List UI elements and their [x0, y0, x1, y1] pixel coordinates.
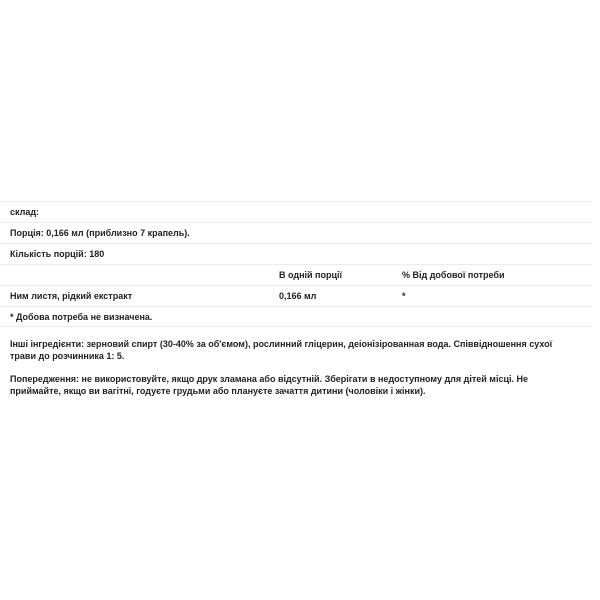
warning-text: Попередження: не використовуйте, якщо др… [10, 373, 575, 397]
daily-value-footnote: * Добова потреба не визначена. [10, 307, 152, 327]
table-header-row: В одній порції % Від добової потреби [0, 264, 592, 285]
other-ingredients-text: Інші інгредієнти: зерновий спирт (30-40%… [10, 338, 575, 362]
ingredient-per-serving: 0,166 мл [279, 286, 316, 306]
column-header-daily-value: % Від добової потреби [402, 265, 505, 285]
column-header-per-serving: В одній порції [279, 265, 342, 285]
supplement-facts-table: склад: Порція: 0,166 мл (приблизно 7 кра… [0, 201, 592, 327]
servings-per-container-row: Кількість порцій: 180 [0, 243, 592, 264]
footnote-row: * Добова потреба не визначена. [0, 306, 592, 327]
servings-per-container: Кількість порцій: 180 [10, 244, 104, 264]
ingredient-name: Ним листя, рідкий екстракт [10, 286, 132, 306]
serving-size-row: Порція: 0,166 мл (приблизно 7 крапель). [0, 222, 592, 243]
facts-heading-row: склад: [0, 201, 592, 222]
serving-size: Порція: 0,166 мл (приблизно 7 крапель). [10, 223, 190, 243]
facts-heading: склад: [10, 202, 39, 222]
ingredient-daily-value: * [402, 286, 406, 306]
table-row: Ним листя, рідкий екстракт 0,166 мл * [0, 285, 592, 306]
